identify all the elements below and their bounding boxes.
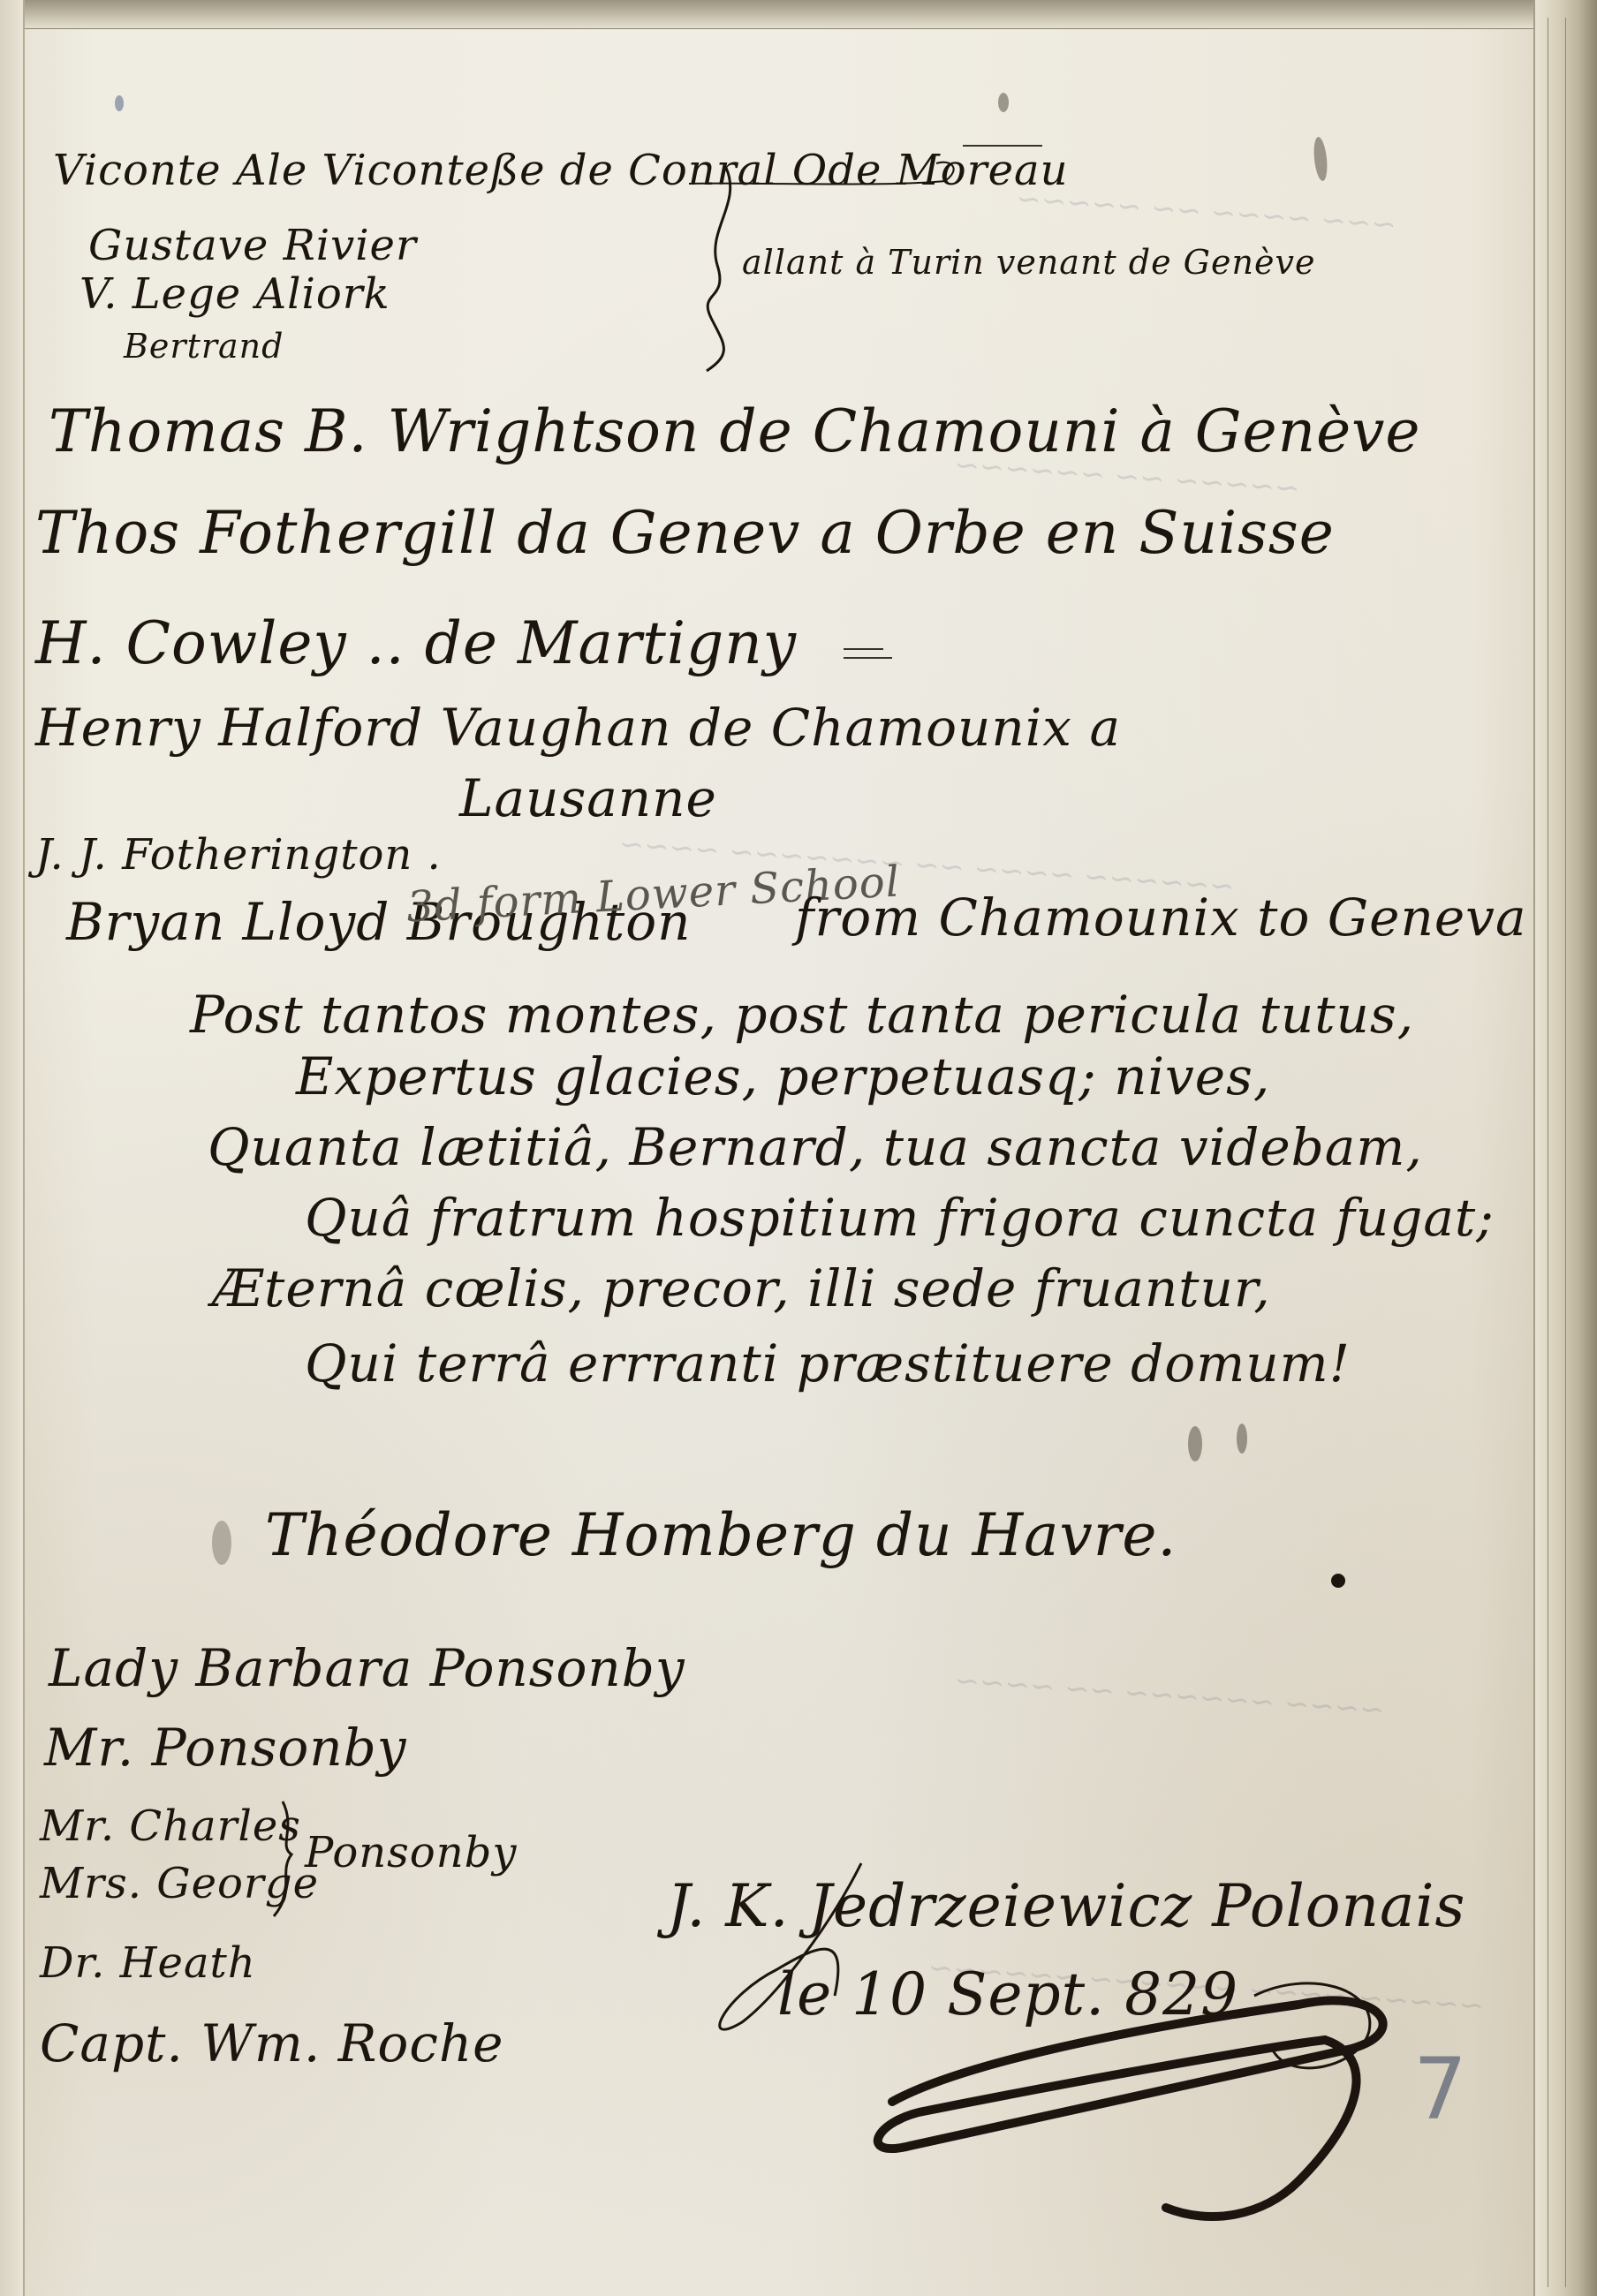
entry-wrightson: Thomas B. Wrightson de Chamouni à Genève <box>49 397 1421 465</box>
entry-bracket-note: allant à Turin venant de Genève <box>742 243 1315 282</box>
entry-capt-roche: Capt. Wm. Roche <box>40 2013 504 2073</box>
verse-line-6: Qui terrâ errranti præstituere domum! <box>305 1333 1351 1393</box>
manuscript-page: ~~~ ~~~~ ~~ ~~~~~ ~~~~~ ~~ ~~~~~~ ~~~~~~… <box>0 0 1597 2296</box>
entry-dr-heath: Dr. Heath <box>40 1938 256 1988</box>
show-through-text: ~~~~ ~~~~~~ ~~ ~~~~ <box>953 1663 1386 1728</box>
ink-blot <box>1237 1424 1247 1454</box>
ink-blot <box>115 95 124 111</box>
entry-lege: V. Lege Aliork <box>79 269 390 319</box>
page-top-edge <box>21 0 1540 29</box>
entry-mrs-george: Mrs. George <box>40 1859 319 1908</box>
ink-blot <box>998 93 1009 112</box>
ink-blot <box>212 1521 231 1565</box>
verse-line-2: Expertus glacies, perpetuasq; nives, <box>296 1046 1270 1106</box>
show-through-text: ~~~ ~~~~ ~~ ~~~~~ <box>1015 181 1397 243</box>
entry-lady-barbara: Lady Barbara Ponsonby <box>49 1638 685 1698</box>
entry-mr-charles: Mr. Charles <box>40 1801 301 1851</box>
entry-broughton-route: from Chamounix to Geneva <box>795 887 1527 948</box>
entry-vaughan-cont: Lausanne <box>459 768 717 828</box>
signature-paraph <box>878 2000 1383 2217</box>
entry-ponsonby-brace: Ponsonby <box>305 1828 517 1877</box>
verse-line-1: Post tantos montes, post tanta pericula … <box>190 985 1414 1045</box>
verse-line-3: Quanta lætitiâ, Bernard, tua sancta vide… <box>208 1117 1423 1177</box>
entry-cowley: H. Cowley .. de Martigny <box>35 609 797 677</box>
period-dot <box>1331 1574 1345 1588</box>
final-signature-name: J. K. Jedrzeiewicz Polonais <box>667 1872 1465 1940</box>
verse-line-4: Quâ fratrum hospitium frigora cuncta fug… <box>305 1188 1495 1248</box>
page-number: 7 <box>1413 2040 1468 2139</box>
ink-blot <box>1188 1426 1202 1461</box>
entry-bertrand: Bertrand <box>124 327 284 366</box>
page-stack-edge <box>1533 0 1597 2296</box>
entry-vaughan: Henry Halford Vaughan de Chamounix a <box>35 698 1121 758</box>
verse-signature: Théodore Homberg du Havre. <box>265 1501 1177 1569</box>
signature-paraph-thin <box>1254 1983 1370 2068</box>
entry-mr-ponsonby: Mr. Ponsonby <box>44 1718 407 1778</box>
entry-fotherington: J. J. Fotherington . <box>35 830 442 880</box>
entry-viconte: Viconte Ale Viconteße de Conral Ode More… <box>53 146 1069 195</box>
entry-fothergill: Thos Fothergill da Genev a Orbe en Suiss… <box>35 499 1335 567</box>
ink-blot <box>1312 136 1328 181</box>
binding-gutter <box>0 0 25 2296</box>
verse-line-5: Æternâ cœlis, precor, illi sede fruantur… <box>212 1258 1271 1318</box>
final-signature-date: le 10 Sept. 829 <box>777 1960 1238 2028</box>
dash-stroke <box>844 649 892 658</box>
brace-stroke <box>707 168 730 371</box>
entry-gustave: Gustave Rivier <box>88 221 417 270</box>
